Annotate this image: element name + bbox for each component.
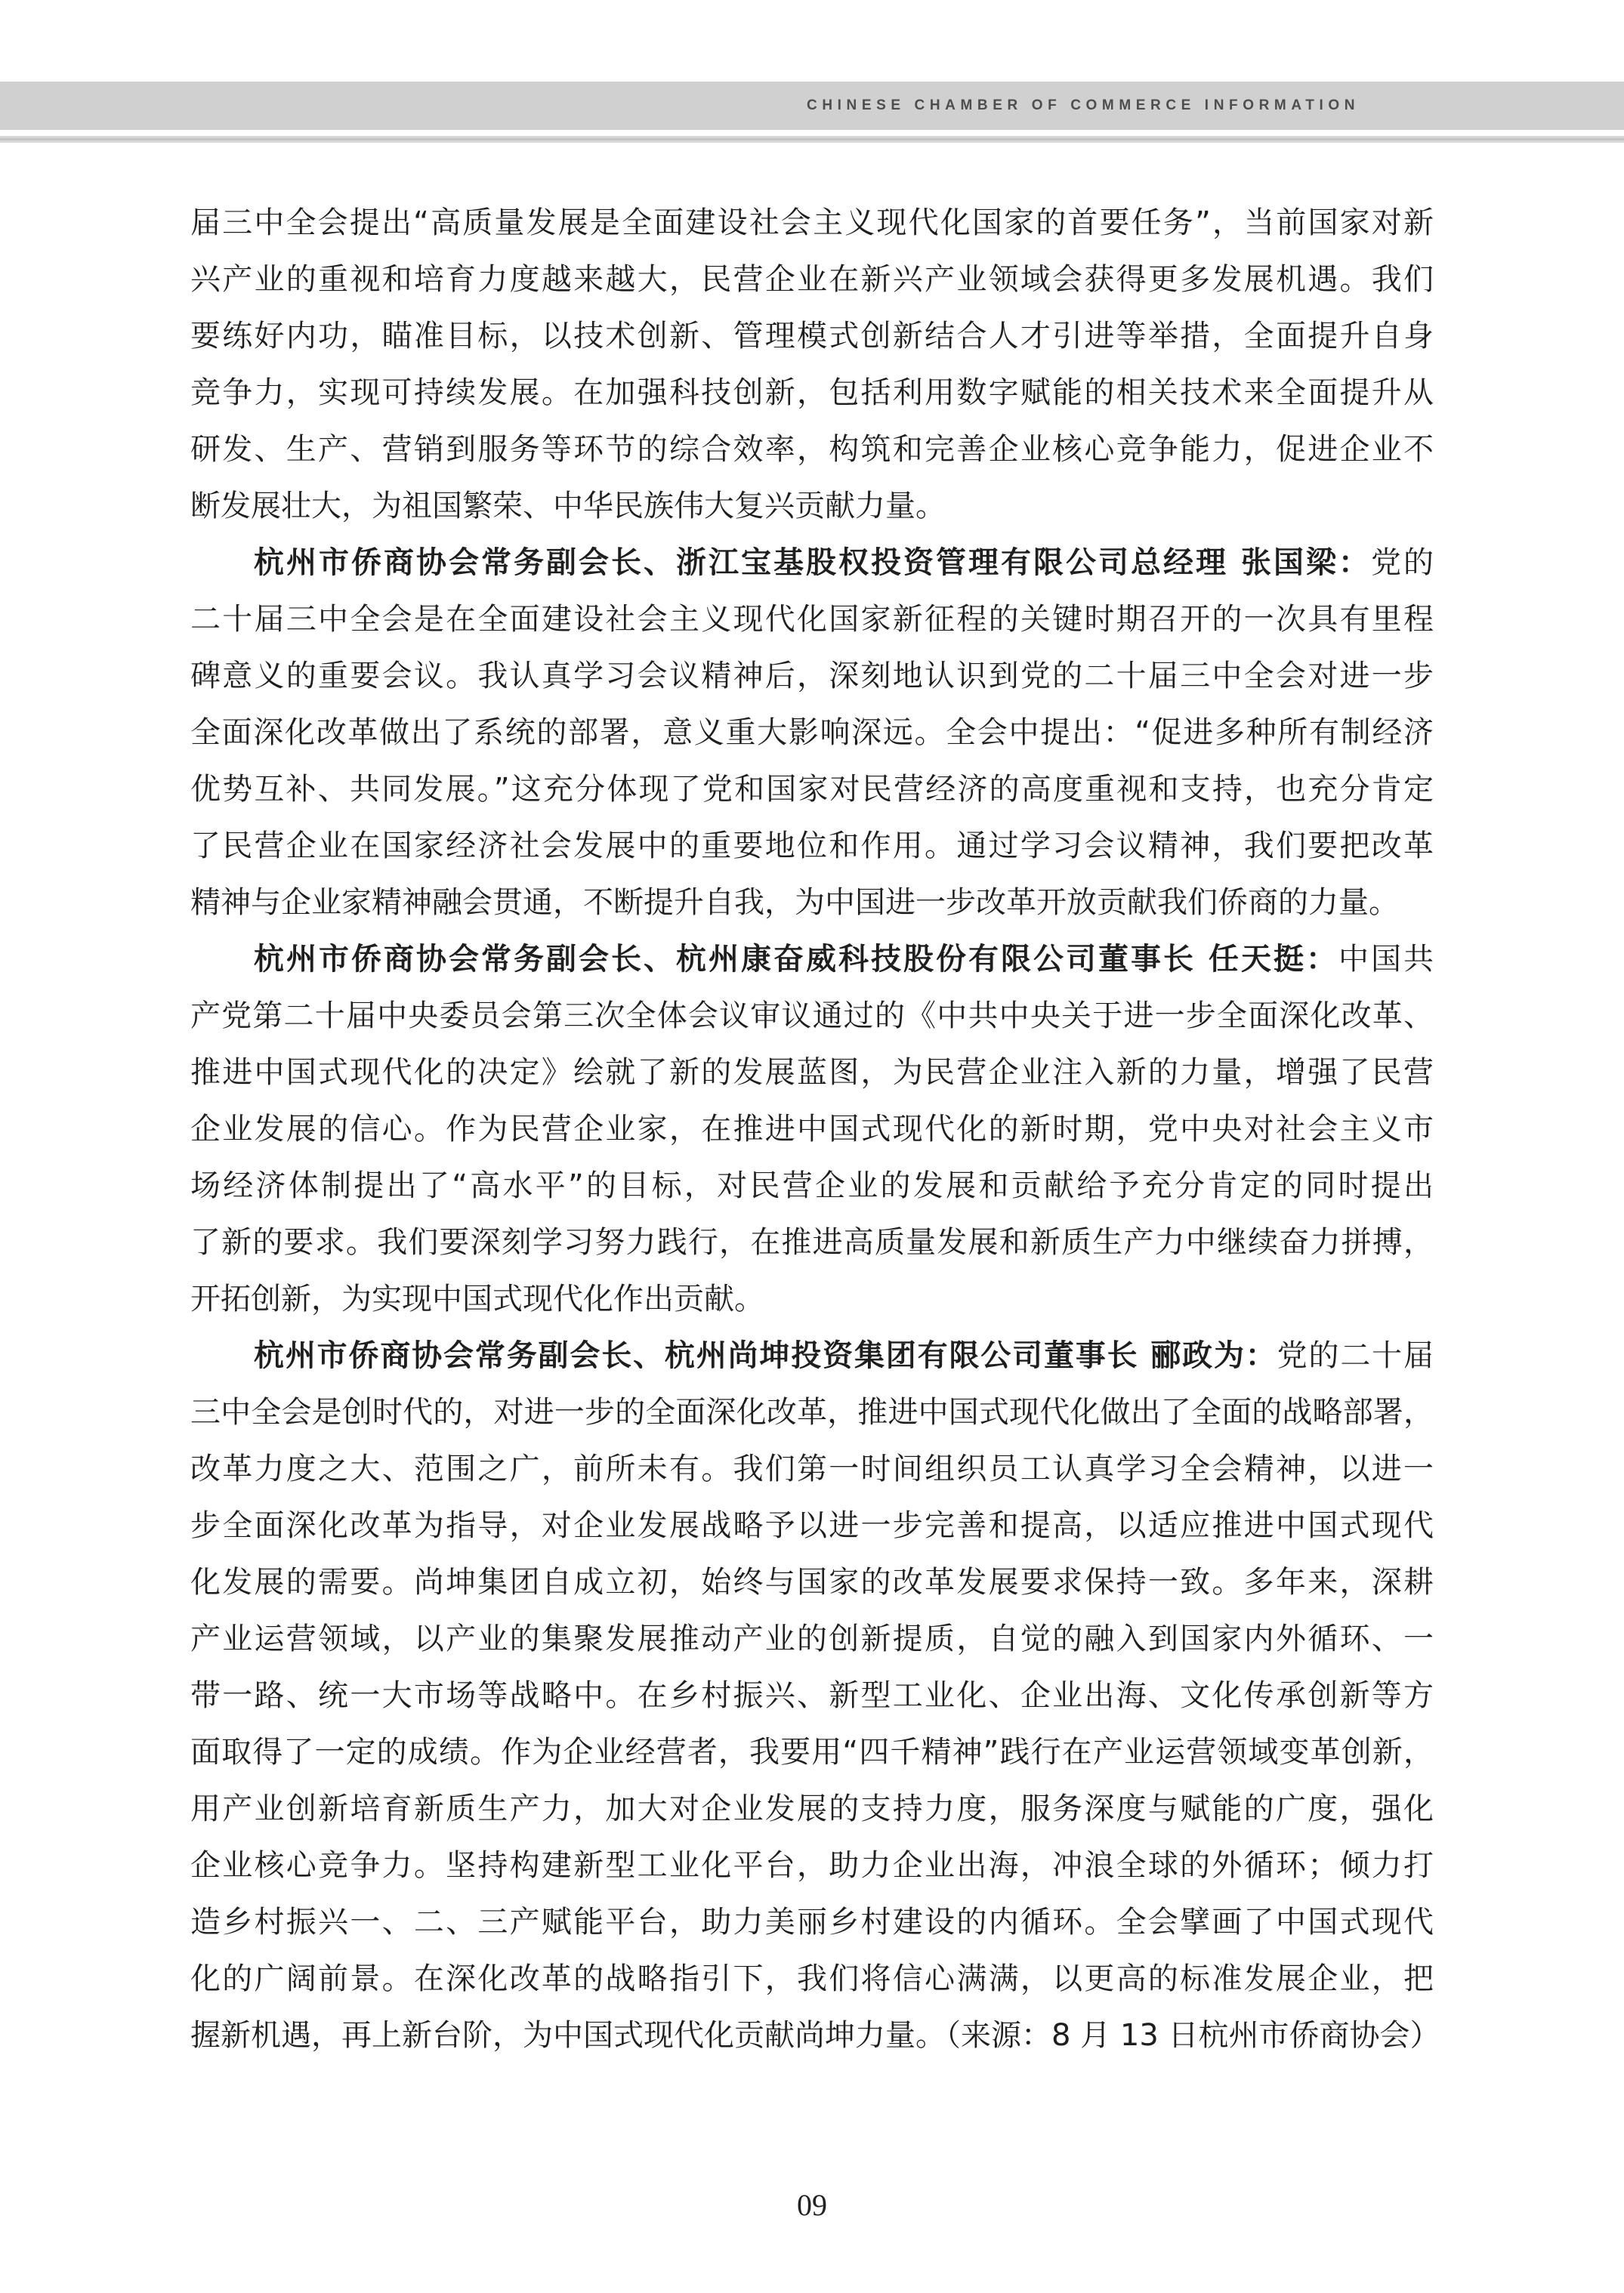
text-line: 步全面深化改革为指导，对企业发展战略予以进一步完善和提高，以适应推进中国式现代 xyxy=(190,1498,1434,1554)
text-line: 三中全会是创时代的，对进一步的全面深化改革，推进中国式现代化做出了全面的战略部署… xyxy=(190,1384,1434,1441)
publication-title: CHINESE CHAMBER OF COMMERCE INFORMATION xyxy=(807,97,1420,115)
text-line: 了新的要求。我们要深刻学习努力践行，在推进高质量发展和新质生产力中继续奋力拼搏， xyxy=(190,1214,1434,1271)
text-line: 造乡村振兴一、二、三产赋能平台，助力美丽乡村建设的内循环。全会擘画了中国式现代 xyxy=(190,1894,1434,1951)
text-fragment: 中国共 xyxy=(1338,942,1434,977)
text-line: 产党第二十届中央委员会第三次全体会议审议通过的《中共中央关于进一步全面深化改革、 xyxy=(190,988,1434,1045)
text-line: 优势互补、共同发展。”这充分体现了党和国家对民营经济的高度重视和支持，也充分肯定 xyxy=(190,761,1434,818)
page-number: 09 xyxy=(0,2187,1624,2223)
text-line: 兴产业的重视和培育力度越来越大，民营企业在新兴产业领域会获得更多发展机遇。我们 xyxy=(190,252,1434,308)
text-line: 场经济体制提出了“高水平”的目标，对民营企业的发展和贡献给予充分肯定的同时提出 xyxy=(190,1158,1434,1214)
paragraph-lead-line: 杭州市侨商协会常务副会长、杭州康奋威科技股份有限公司董事长 任天挺：中国共 xyxy=(190,931,1434,988)
article-body: 届三中全会提出“高质量发展是全面建设社会主义现代化国家的首要任务”，当前国家对新… xyxy=(190,195,1434,2064)
text-line: 改革力度之大、范围之广，前所未有。我们第一时间组织员工认真学习全会精神，以进一 xyxy=(190,1441,1434,1498)
paragraph-3: 杭州市侨商协会常务副会长、杭州康奋威科技股份有限公司董事长 任天挺：中国共 产党… xyxy=(190,931,1434,1328)
text-line: 碑意义的重要会议。我认真学习会议精神后，深刻地认识到党的二十届三中全会对进一步 xyxy=(190,648,1434,705)
text-line: 二十届三中全会是在全面建设社会主义现代化国家新征程的关键时期召开的一次具有里程 xyxy=(190,591,1434,648)
text-line: 面取得了一定的成绩。作为企业经营者，我要用“四千精神”践行在产业运营领域变革创新… xyxy=(190,1724,1434,1781)
text-line: 企业发展的信心。作为民营企业家，在推进中国式现代化的新时期，党中央对社会主义市 xyxy=(190,1101,1434,1158)
text-line: 用产业创新培育新质生产力，加大对企业发展的支持力度，服务深度与赋能的广度，强化 xyxy=(190,1781,1434,1838)
text-line: 届三中全会提出“高质量发展是全面建设社会主义现代化国家的首要任务”，当前国家对新 xyxy=(190,195,1434,252)
paragraph-4: 杭州市侨商协会常务副会长、杭州尚坤投资集团有限公司董事长 郦政为：党的二十届 三… xyxy=(190,1328,1434,2064)
text-line: 开拓创新，为实现中国式现代化作出贡献。 xyxy=(190,1271,1434,1328)
text-line: 了民营企业在国家经济社会发展中的重要地位和作用。通过学习会议精神，我们要把改革 xyxy=(190,818,1434,875)
paragraph-lead-line: 杭州市侨商协会常务副会长、杭州尚坤投资集团有限公司董事长 郦政为：党的二十届 xyxy=(190,1328,1434,1384)
text-line: 带一路、统一大市场等战略中。在乡村振兴、新型工业化、企业出海、文化传承创新等方 xyxy=(190,1668,1434,1724)
text-fragment: 党的二十届 xyxy=(1277,1338,1434,1373)
text-line: 全面深化改革做出了系统的部署，意义重大影响深远。全会中提出：“促进多种所有制经济 xyxy=(190,705,1434,761)
speaker-name: 杭州市侨商协会常务副会长、浙江宝基股权投资管理有限公司总经理 张国梁： xyxy=(254,545,1371,580)
text-line: 竞争力，实现可持续发展。在加强科技创新，包括利用数字赋能的相关技术来全面提升从 xyxy=(190,365,1434,421)
text-line: 精神与企业家精神融会贯通，不断提升自我，为中国进一步改革开放贡献我们侨商的力量。 xyxy=(190,875,1434,931)
text-line: 断发展壮大，为祖国繁荣、中华民族伟大复兴贡献力量。 xyxy=(190,478,1434,535)
speaker-name: 杭州市侨商协会常务副会长、杭州尚坤投资集团有限公司董事长 郦政为： xyxy=(254,1338,1277,1373)
text-line: 化发展的需要。尚坤集团自成立初，始终与国家的改革发展要求保持一致。多年来，深耕 xyxy=(190,1554,1434,1611)
text-line: 产业运营领域，以产业的集聚发展推动产业的创新提质，自觉的融入到国家内外循环、一 xyxy=(190,1611,1434,1668)
text-fragment: 党的 xyxy=(1371,545,1434,580)
paragraph-1: 届三中全会提出“高质量发展是全面建设社会主义现代化国家的首要任务”，当前国家对新… xyxy=(190,195,1434,535)
source-citation-line: 握新机遇，再上新台阶，为中国式现代化贡献尚坤力量。（来源：8 月 13 日杭州市… xyxy=(190,2008,1434,2064)
paragraph-2: 杭州市侨商协会常务副会长、浙江宝基股权投资管理有限公司总经理 张国梁：党的 二十… xyxy=(190,535,1434,931)
text-line: 化的广阔前景。在深化改革的战略指引下，我们将信心满满，以更高的标准发展企业，把 xyxy=(190,1951,1434,2008)
text-line: 研发、生产、营销到服务等环节的综合效率，构筑和完善企业核心竞争能力，促进企业不 xyxy=(190,421,1434,478)
header-divider-stripe xyxy=(0,136,1624,143)
text-line: 推进中国式现代化的决定》绘就了新的发展蓝图，为民营企业注入新的力量，增强了民营 xyxy=(190,1045,1434,1101)
speaker-name: 杭州市侨商协会常务副会长、杭州康奋威科技股份有限公司董事长 任天挺： xyxy=(254,942,1338,977)
text-line: 要练好内功，瞄准目标，以技术创新、管理模式创新结合人才引进等举措，全面提升自身 xyxy=(190,308,1434,365)
text-line: 企业核心竞争力。坚持构建新型工业化平台，助力企业出海，冲浪全球的外循环；倾力打 xyxy=(190,1838,1434,1894)
paragraph-lead-line: 杭州市侨商协会常务副会长、浙江宝基股权投资管理有限公司总经理 张国梁：党的 xyxy=(190,535,1434,591)
